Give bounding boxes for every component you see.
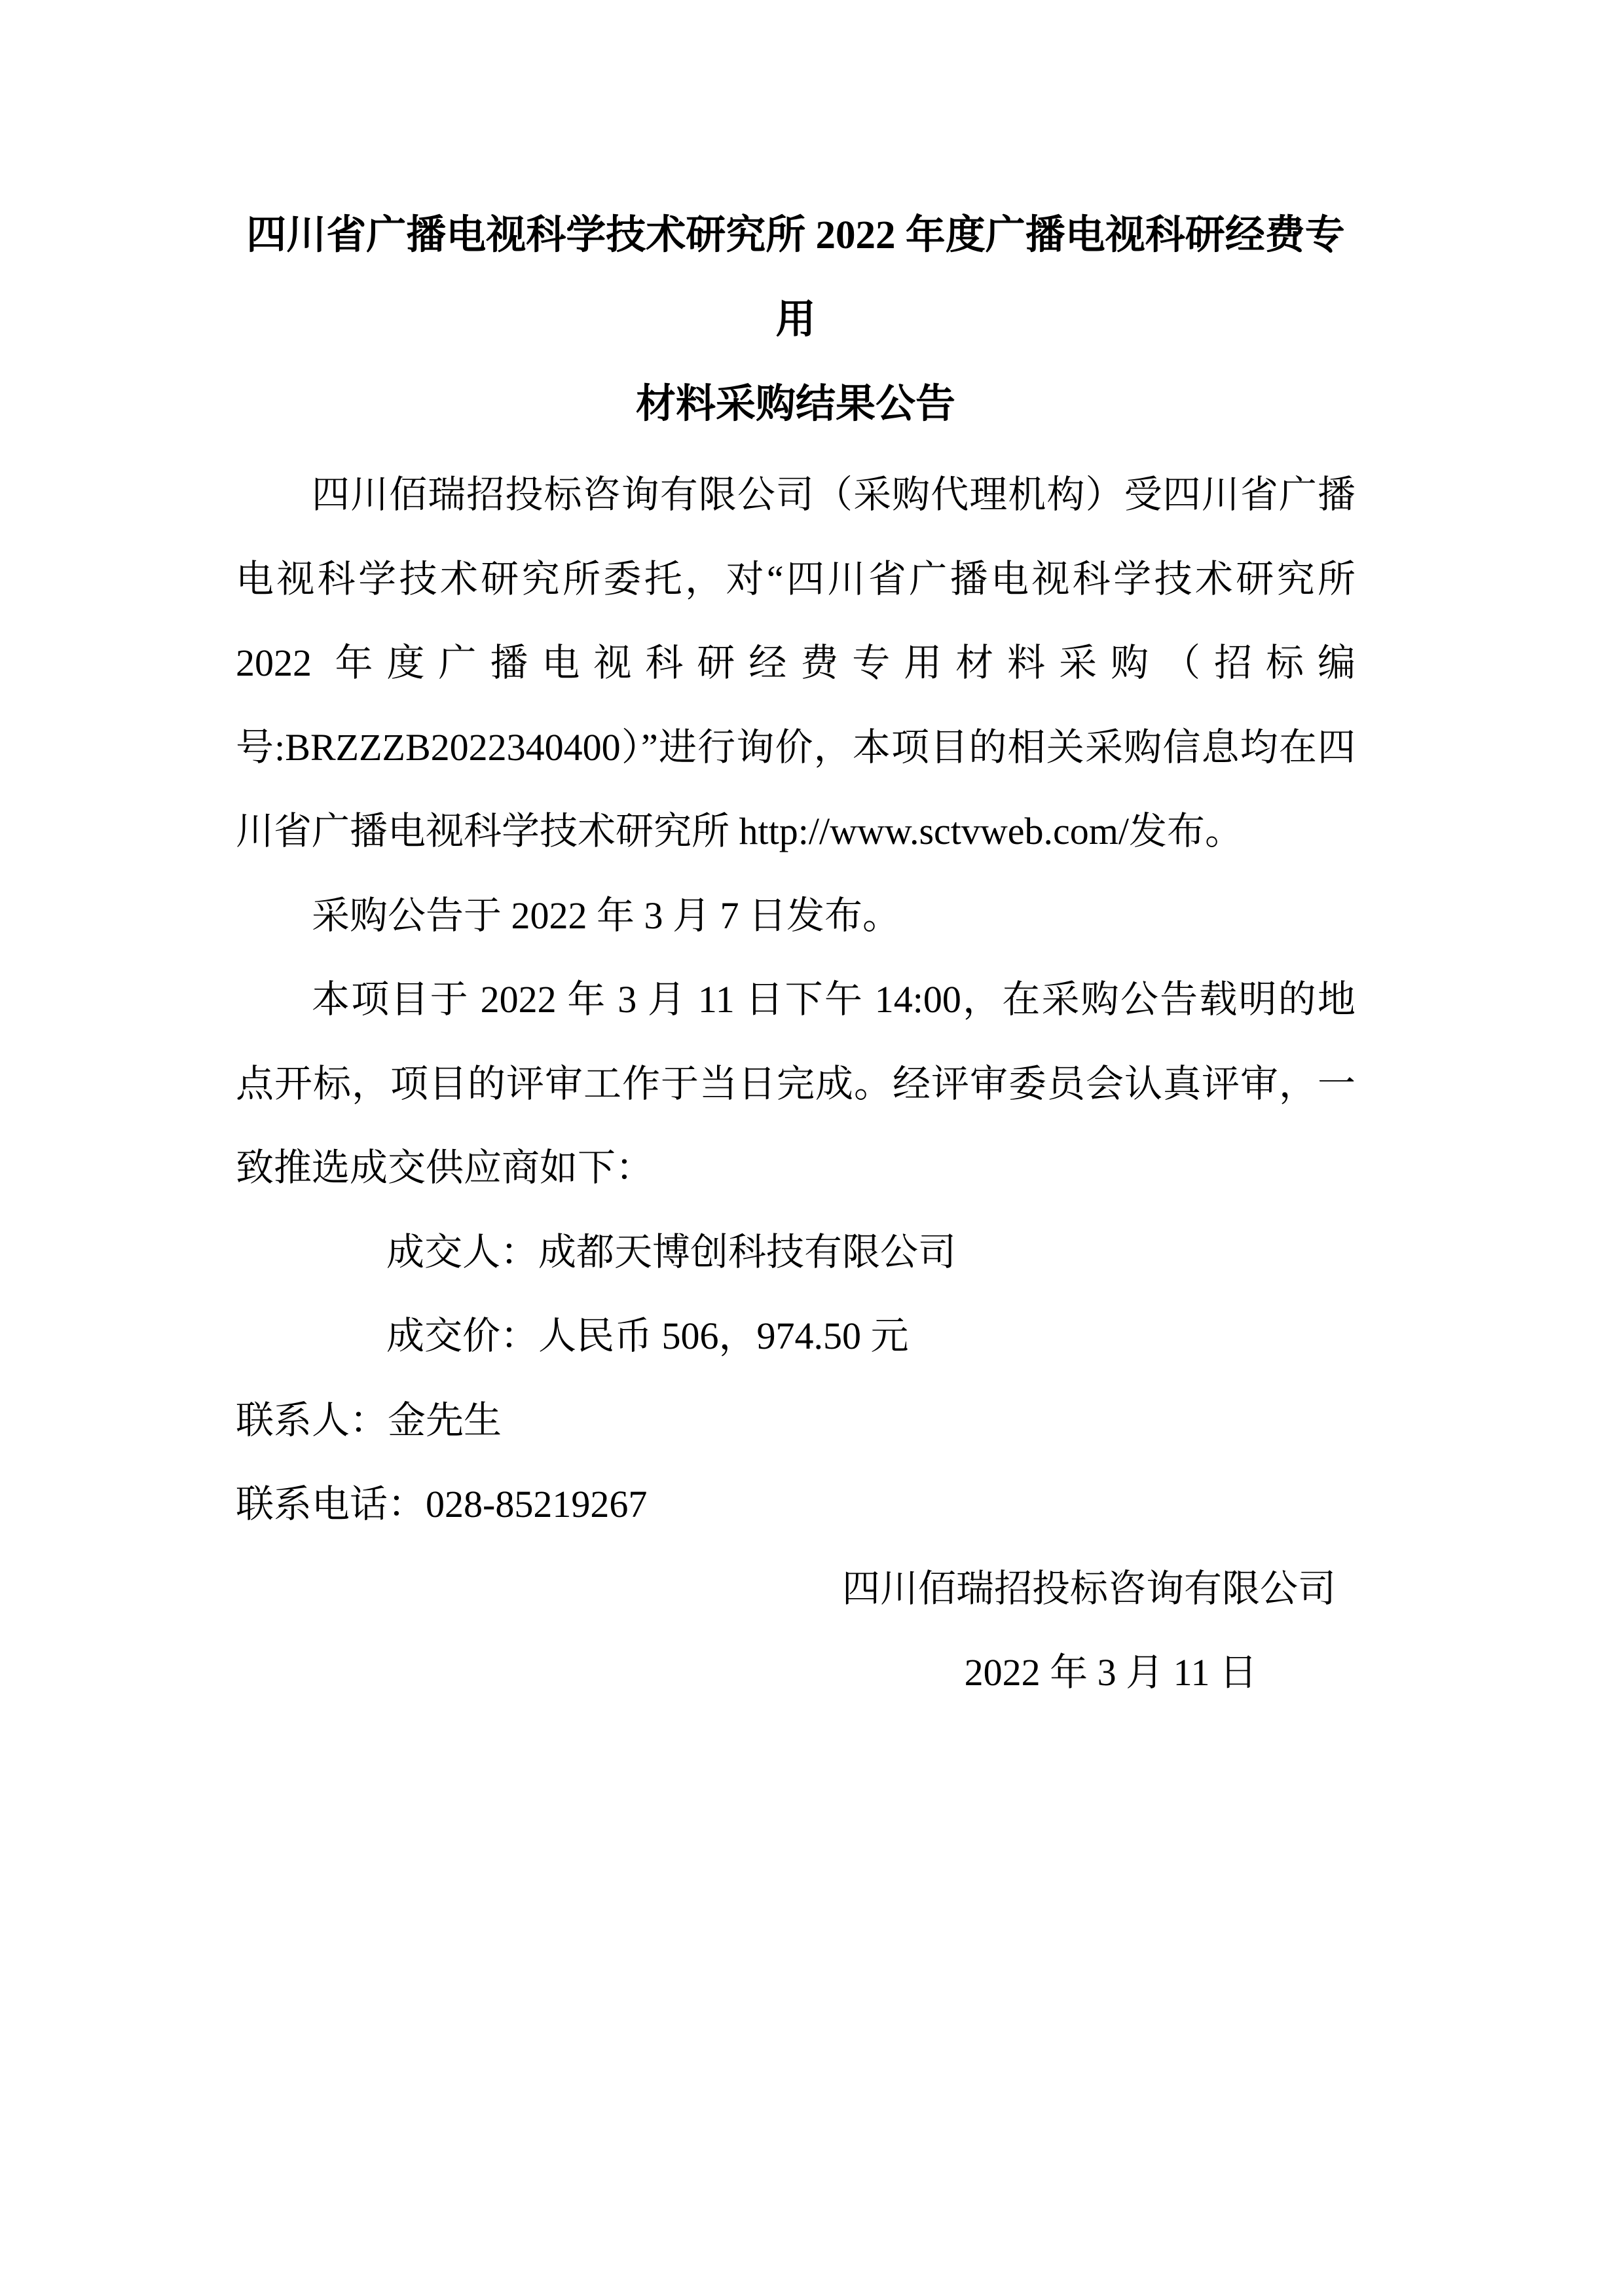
signature-date: 2022 年 3 月 11 日 [236, 1631, 1356, 1715]
paragraph-3-line-3: 致推选成交供应商如下： [236, 1126, 1356, 1211]
paragraph-1-line-2: 电视科学技术研究所委托，对“四川省广播电视科学技术研究所 [236, 538, 1356, 622]
winner-line: 成交人：成都天博创科技有限公司 [236, 1211, 1356, 1295]
paragraph-1-line-5: 川省广播电视科学技术研究所 http://www.sctvweb.com/发布。 [236, 790, 1356, 874]
contact-phone-line: 联系电话：028-85219267 [236, 1463, 1356, 1547]
title-line-2: 材料采购结果公告 [236, 362, 1356, 446]
paragraph-2-line-1: 采购公告于 2022 年 3 月 7 日发布。 [236, 874, 1356, 958]
paragraph-3-line-2: 点开标，项目的评审工作于当日完成。经评审委员会认真评审，一 [236, 1042, 1356, 1127]
paragraph-1-line-3: 2022 年度广播电视科研经费专用材料采购（招标编 [236, 621, 1356, 706]
paragraph-3-line-1: 本项目于 2022 年 3 月 11 日下午 14:00，在采购公告载明的地 [236, 958, 1356, 1042]
title-line-1: 四川省广播电视科学技术研究所 2022 年度广播电视科研经费专用 [236, 193, 1356, 362]
document-title: 四川省广播电视科学技术研究所 2022 年度广播电视科研经费专用 材料采购结果公… [236, 193, 1356, 446]
contact-person-line: 联系人：金先生 [236, 1379, 1356, 1463]
paragraph-1-line-4: 号:BRZZZB2022340400）”进行询价，本项目的相关采购信息均在四 [236, 706, 1356, 790]
paragraph-1-line-1: 四川佰瑞招投标咨询有限公司（采购代理机构）受四川省广播 [236, 453, 1356, 538]
document-page: 四川省广播电视科学技术研究所 2022 年度广播电视科研经费专用 材料采购结果公… [0, 0, 1624, 2296]
signature-company: 四川佰瑞招投标咨询有限公司 [236, 1547, 1356, 1631]
price-line: 成交价：人民币 506，974.50 元 [236, 1294, 1356, 1379]
